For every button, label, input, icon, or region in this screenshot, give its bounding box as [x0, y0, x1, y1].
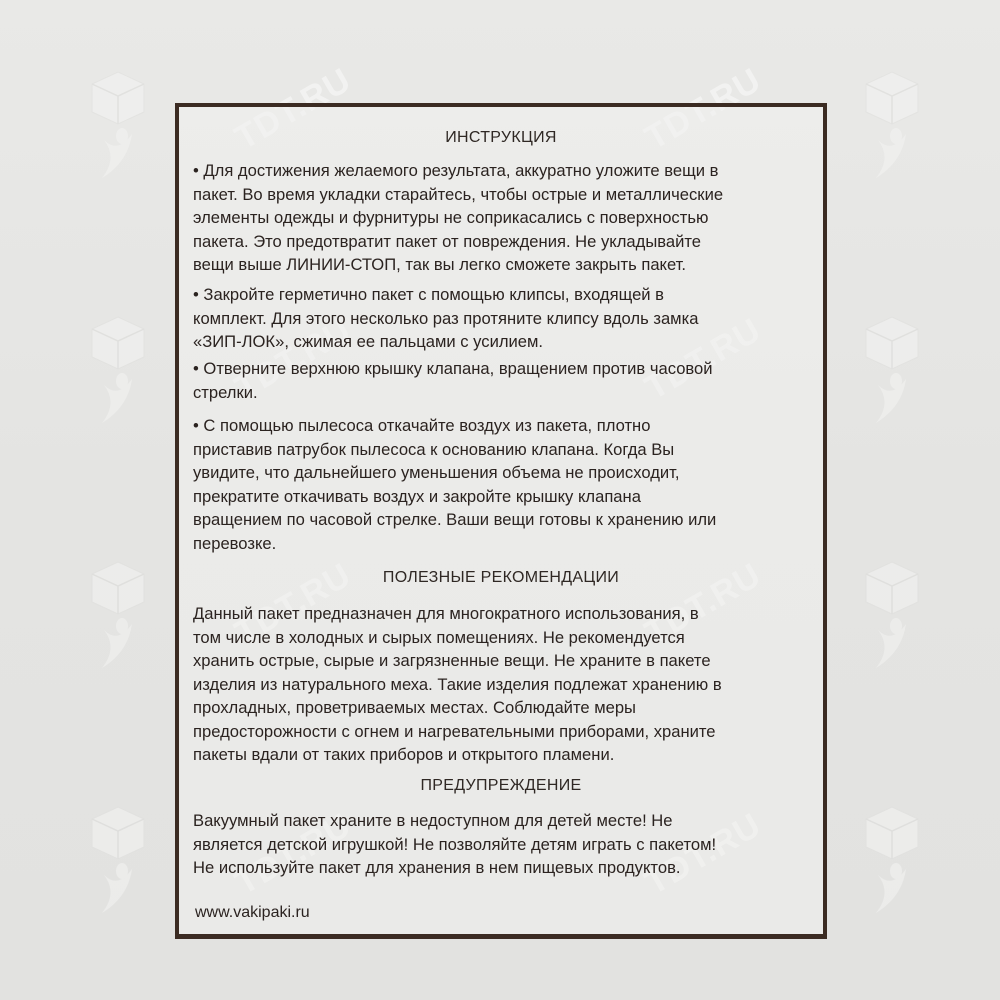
instruction-step-1: • Для достижения желаемого результата, а…	[193, 159, 809, 277]
text-line: Не используйте пакет для хранения в нем …	[193, 856, 809, 880]
text-line: изделия из натурального меха. Такие изде…	[193, 673, 809, 697]
text-line: том числе в холодных и сырых помещениях.…	[193, 626, 809, 650]
watermark-logo-icon	[88, 560, 148, 670]
watermark-logo-icon	[862, 560, 922, 670]
text-line: пакет. Во время укладки старайтесь, чтоб…	[193, 183, 809, 207]
watermark-logo-icon	[862, 70, 922, 180]
heading-warning: ПРЕДУПРЕЖДЕНИЕ	[193, 777, 809, 795]
instruction-sheet: ИНСТРУКЦИЯ • Для достижения желаемого ре…	[175, 103, 827, 939]
text-line: предосторожности с огнем и нагревательны…	[193, 720, 809, 744]
text-line: стрелки.	[193, 381, 809, 405]
text-line: элементы одежды и фурнитуры не соприкаса…	[193, 206, 809, 230]
text-line: пакеты вдали от таких приборов и открыто…	[193, 743, 809, 767]
warning-text: Вакуумный пакет храните в недоступном дл…	[193, 809, 809, 880]
text-line: вещи выше ЛИНИИ-СТОП, так вы легко сможе…	[193, 253, 809, 277]
text-line: увидите, что дальнейшего уменьшения объе…	[193, 461, 809, 485]
heading-instructions: ИНСТРУКЦИЯ	[193, 129, 809, 147]
text-line: • Закройте герметично пакет с помощью кл…	[193, 283, 809, 307]
watermark-logo-icon	[862, 315, 922, 425]
text-line: • Для достижения желаемого результата, а…	[193, 159, 809, 183]
text-line: «ЗИП-ЛОК», сжимая ее пальцами с усилием.	[193, 330, 809, 354]
watermark-logo-icon	[88, 805, 148, 915]
watermark-logo-icon	[88, 70, 148, 180]
text-line: является детской игрушкой! Не позволяйте…	[193, 833, 809, 857]
instruction-step-2: • Закройте герметично пакет с помощью кл…	[193, 283, 809, 354]
watermark-logo-icon	[862, 805, 922, 915]
text-line: прохладных, проветриваемых местах. Соблю…	[193, 696, 809, 720]
website-url: www.vakipaki.ru	[195, 904, 310, 922]
recommendations-text: Данный пакет предназначен для многократн…	[193, 602, 809, 767]
text-line: Вакуумный пакет храните в недоступном дл…	[193, 809, 809, 833]
text-line: • Отверните верхнюю крышку клапана, вращ…	[193, 357, 809, 381]
instruction-step-4: • С помощью пылесоса откачайте воздух из…	[193, 414, 809, 555]
instruction-step-3: • Отверните верхнюю крышку клапана, вращ…	[193, 357, 809, 404]
text-line: пакета. Это предотвратит пакет от повреж…	[193, 230, 809, 254]
watermark-logo-icon	[88, 315, 148, 425]
text-line: • С помощью пылесоса откачайте воздух из…	[193, 414, 809, 438]
text-line: комплект. Для этого несколько раз протян…	[193, 307, 809, 331]
text-line: вращением по часовой стрелке. Ваши вещи …	[193, 508, 809, 532]
text-line: Данный пакет предназначен для многократн…	[193, 602, 809, 626]
text-line: прекратите откачивать воздух и закройте …	[193, 485, 809, 509]
text-line: перевозке.	[193, 532, 809, 556]
text-line: приставив патрубок пылесоса к основанию …	[193, 438, 809, 462]
text-line: хранить острые, сырые и загрязненные вещ…	[193, 649, 809, 673]
heading-recommendations: ПОЛЕЗНЫЕ РЕКОМЕНДАЦИИ	[193, 569, 809, 587]
